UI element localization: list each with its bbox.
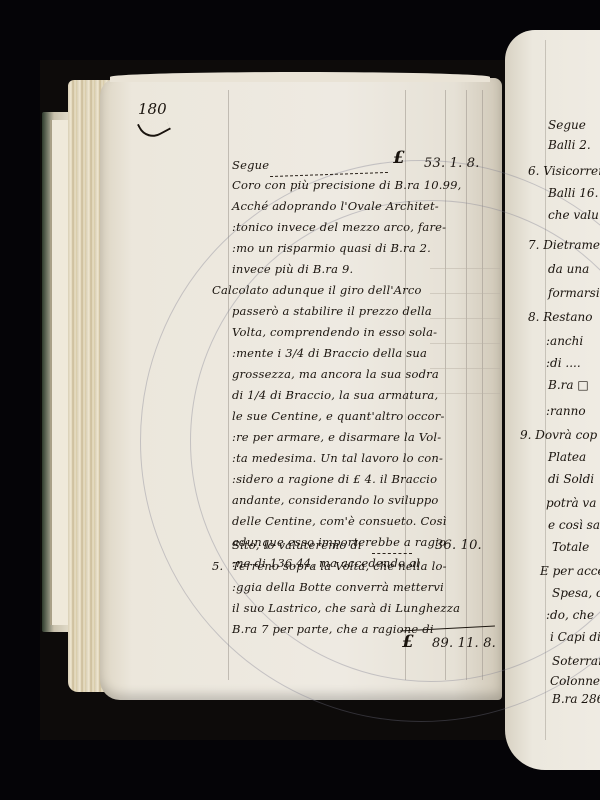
ms-line: :re per armare, e disarmare la Vol- [232,430,441,444]
ms-line: Calcolato adunque il giro dell'Arco [212,283,422,297]
page-total: 89. 11. 8. [432,636,496,651]
ms-line: :sidero a ragione di £ 4. il Braccio [232,472,437,486]
entry-amount: 36. 10. [435,538,482,553]
ms-line: Volta, comprendendo in esso sola- [232,325,437,339]
facing-line: Totale [552,540,589,554]
facing-line: :anchi [546,334,583,348]
carried-amount: 53. 1. 8. [424,156,480,171]
torn-page-edge [110,72,490,82]
facing-line: E per accede [540,564,600,578]
facing-line: 8. Restano [528,310,593,324]
leader-dashes [372,553,412,554]
facing-line: B.ra 286. [552,692,600,706]
facing-line: potrà va [546,496,596,510]
lire-symbol: £ [402,632,414,652]
facing-line: Balli 16. [548,186,598,200]
ms-line: Acché adoprando l'Ovale Architet- [232,199,439,213]
ms-line: Terreno sopra la Volta, che nella lo- [232,559,447,573]
facing-line: 6. Visicorrera [528,164,600,178]
facing-line: formarsi [548,286,600,300]
facing-line: che valu [548,208,599,222]
facing-line: Colonnelli [550,674,600,688]
ms-line: :mente i 3/4 di Braccio della sua [232,346,427,360]
ms-line: :ggia della Botte converrà mettervi [232,580,444,594]
segue-label: Segue [232,158,269,172]
facing-line: Soterrane [552,654,600,668]
facing-line: Platea [548,450,586,464]
ms-line: :mo un risparmio quasi di B.ra 2. [232,241,431,255]
ms-line: :tonico invece del mezzo arco, fare- [232,220,446,234]
facing-line: Segue [548,118,586,132]
ms-line: andante, considerando lo sviluppo [232,493,439,507]
facing-line: e così sarà [548,518,600,532]
facing-line: B.ra □ [548,378,589,392]
ms-line: Coro con più precisione di B.ra 10.99, [232,178,461,192]
ms-line: delle Centine, com'è consueto. Così [232,514,447,528]
facing-line: 7. Dietrame [528,238,600,252]
ms-line: Sito, lo valuteremo di [232,538,362,552]
facing-line: 9. Dovrà cop [520,428,597,442]
ms-line: :ta medesima. Un tal lavoro lo con- [232,451,443,465]
facing-line: :di .... [546,356,581,370]
facing-line: di Soldi [548,472,594,486]
ms-line: passerò a stabilire il prezzo della [232,304,432,318]
facing-line: i Capi di [550,630,600,644]
ms-line: il suo Lastrico, che sarà di Lunghezza [232,601,460,615]
facing-line: Spesa, con [552,586,600,600]
ms-line: invece più di B.ra 9. [232,262,353,276]
lire-symbol: £ [393,148,405,168]
facing-line: Balli 2. [548,138,591,152]
facing-line: da una [548,262,589,276]
facing-line: :do, che [546,608,594,622]
facing-line: :ranno [546,404,586,418]
entry-number: 5. [212,559,223,573]
ms-line: di 1/4 di Braccio, la sua armatura, [232,388,438,402]
ms-line: grossezza, ma ancora la sua sodra [232,367,439,381]
ms-line: le sue Centine, e quant'altro occor- [232,409,445,423]
